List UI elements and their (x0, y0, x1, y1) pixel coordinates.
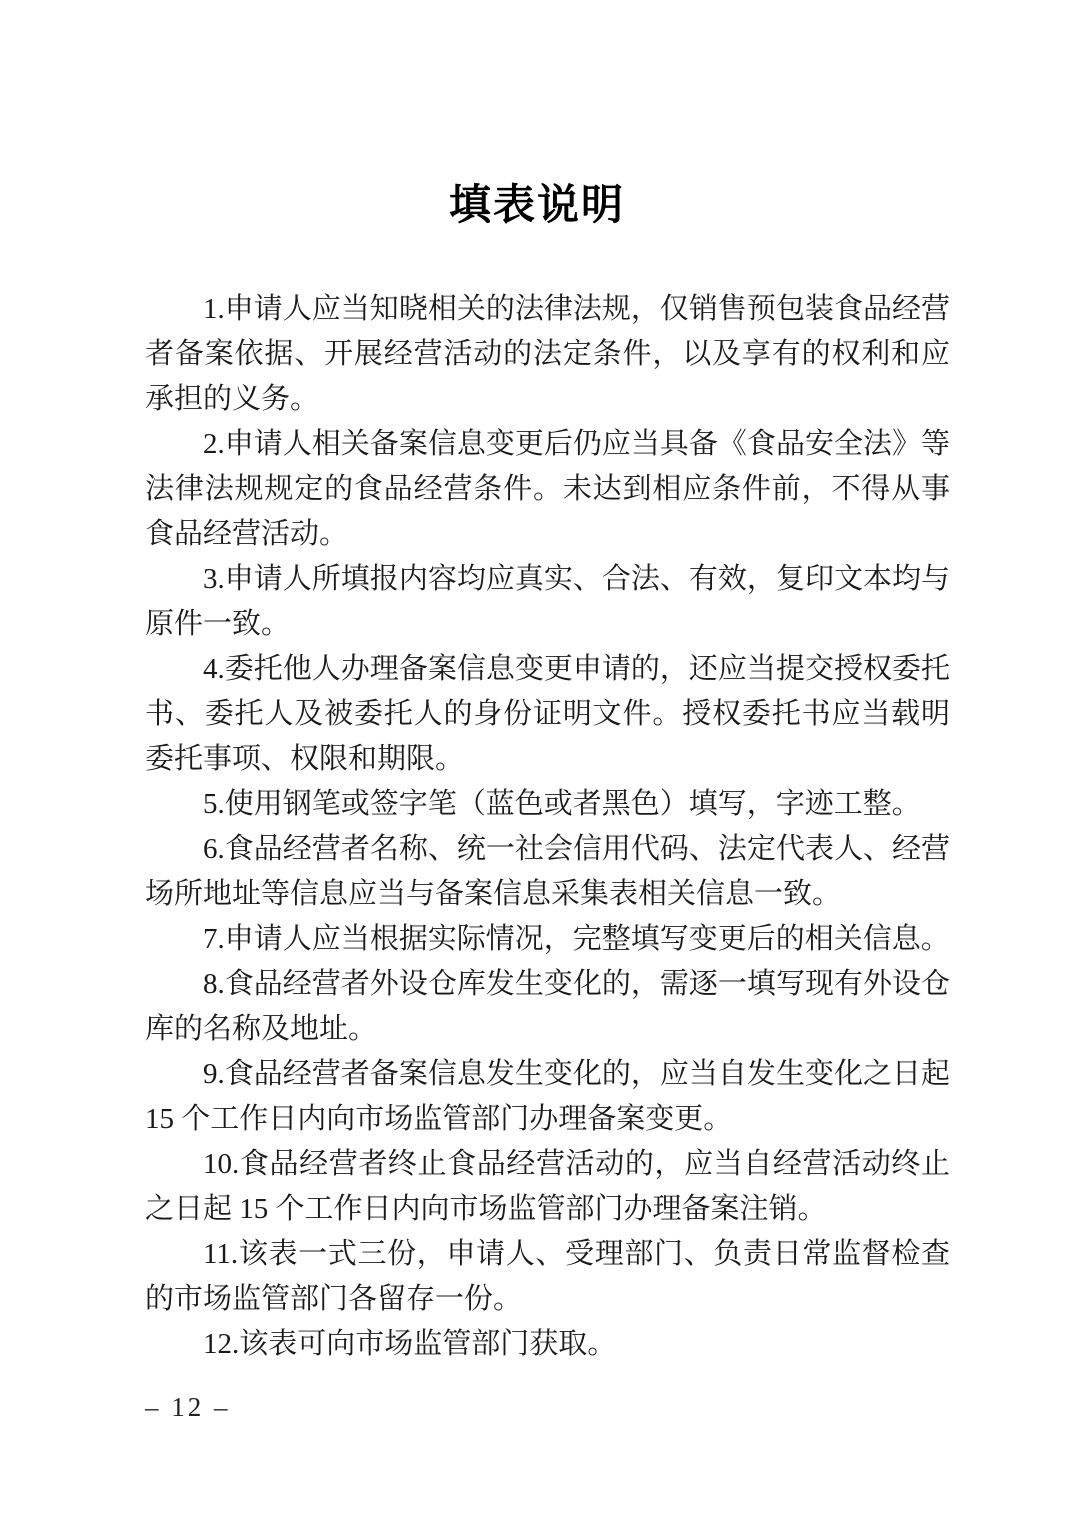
instruction-item-12: 12.该表可向市场监管部门获取。 (145, 1322, 950, 1367)
page-number: – 12 – (145, 1392, 231, 1423)
instruction-item-6: 6.食品经营者名称、统一社会信用代码、法定代表人、经营场所地址等信息应当与备案信… (145, 827, 950, 917)
instruction-item-11: 11.该表一式三份，申请人、受理部门、负责日常监督检查的市场监管部门各留存一份。 (145, 1232, 950, 1322)
instruction-item-2: 2.申请人相关备案信息变更后仍应当具备《食品安全法》等法律法规规定的食品经营条件… (145, 422, 950, 557)
document-page: 填表说明 1.申请人应当知晓相关的法律法规，仅销售预包装食品经营者备案依据、开展… (0, 0, 1074, 1520)
instruction-item-7: 7.申请人应当根据实际情况，完整填写变更后的相关信息。 (145, 917, 950, 962)
instruction-item-9: 9.食品经营者备案信息发生变化的，应当自发生变化之日起 15 个工作日内向市场监… (145, 1052, 950, 1142)
instruction-item-1: 1.申请人应当知晓相关的法律法规，仅销售预包装食品经营者备案依据、开展经营活动的… (145, 287, 950, 422)
instruction-item-3: 3.申请人所填报内容均应真实、合法、有效，复印文本均与原件一致。 (145, 557, 950, 647)
instruction-item-4: 4.委托他人办理备案信息变更申请的，还应当提交授权委托书、委托人及被委托人的身份… (145, 647, 950, 782)
instruction-item-8: 8.食品经营者外设仓库发生变化的，需逐一填写现有外设仓库的名称及地址。 (145, 962, 950, 1052)
page-title: 填表说明 (0, 0, 1074, 231)
instruction-item-10: 10.食品经营者终止食品经营活动的，应当自经营活动终止之日起 15 个工作日内向… (145, 1142, 950, 1232)
instructions-body: 1.申请人应当知晓相关的法律法规，仅销售预包装食品经营者备案依据、开展经营活动的… (145, 287, 950, 1367)
instruction-item-5: 5.使用钢笔或签字笔（蓝色或者黑色）填写，字迹工整。 (145, 782, 950, 827)
